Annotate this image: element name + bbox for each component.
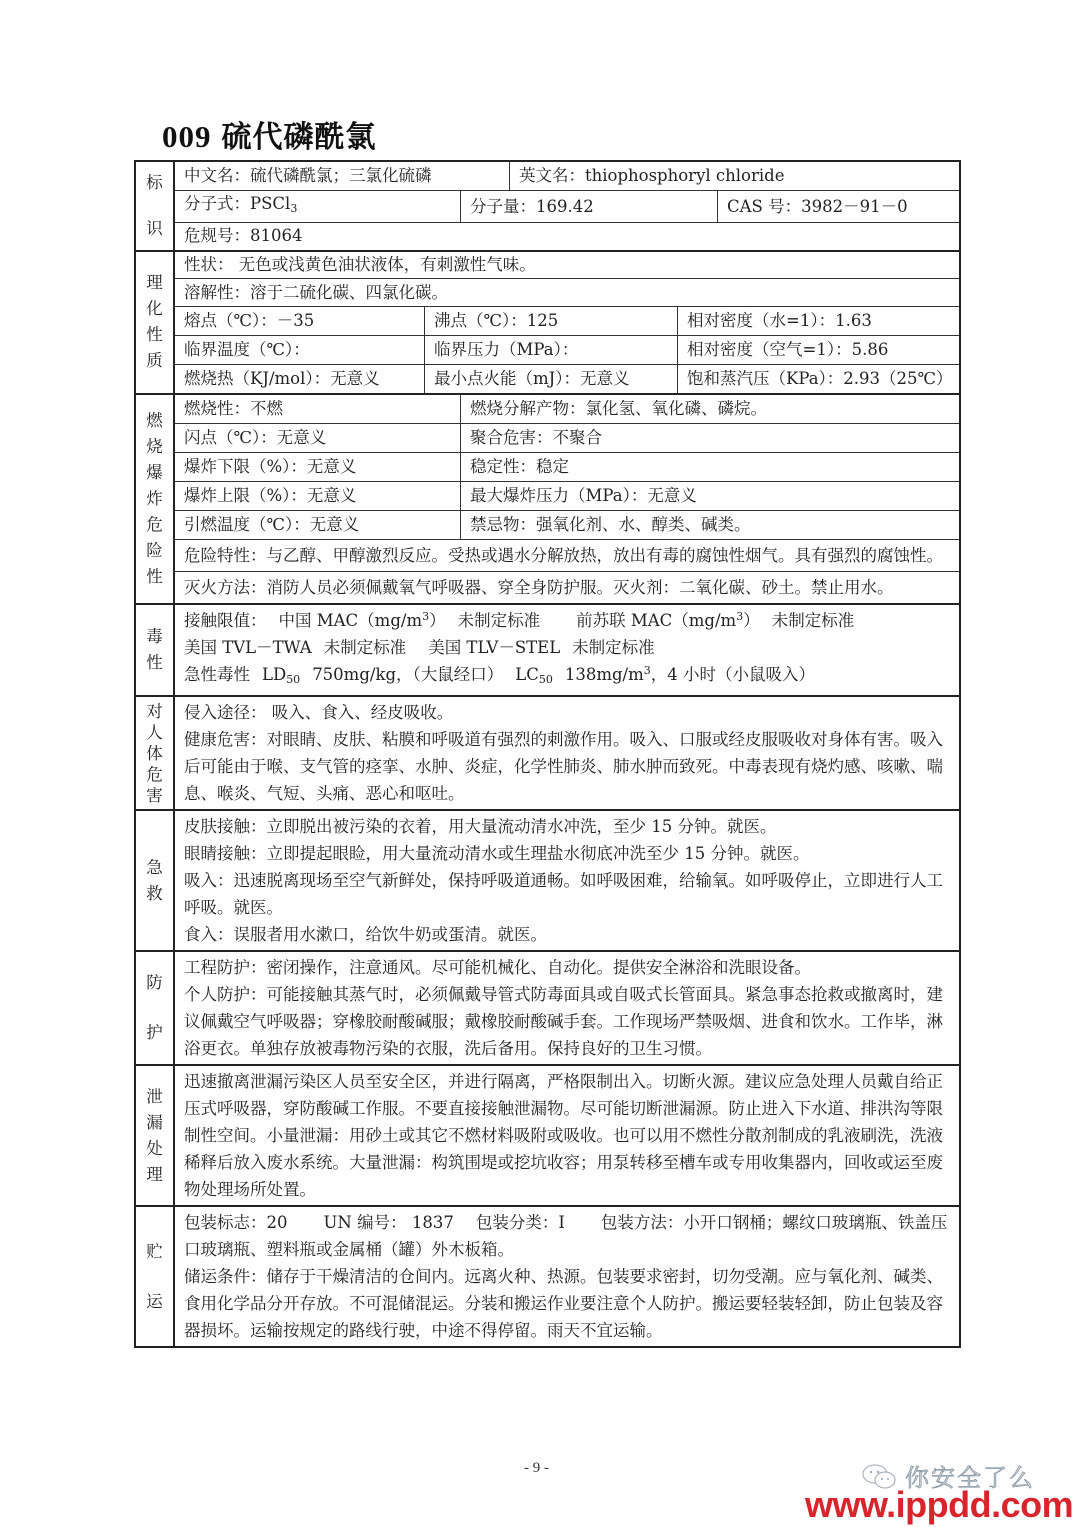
section-label-leak-handling: 泄 漏 处 理: [135, 1065, 174, 1206]
flammability: 燃烧性：不燃: [175, 395, 461, 423]
upper-explosive-limit: 爆炸上限（%）：无意义: [175, 482, 461, 510]
saturated-vapor-pressure: 饱和蒸汽压（KPa）：2.93（25℃）: [678, 365, 960, 393]
melting-point: 熔点（℃）：－35: [175, 307, 425, 335]
incompatible-materials: 禁忌物：强氧化剂、水、醇类、碱类。: [461, 511, 960, 539]
section-label-identification: 标识: [135, 161, 174, 251]
first-aid-content: 皮肤接触：立即脱出被污染的衣着，用大量流动清水冲洗，至少 15 分钟。就医。 眼…: [174, 810, 960, 951]
protection-content: 工程防护：密闭操作，注意通风。尽可能机械化、自动化。提供安全淋浴和洗眼设备。 个…: [174, 951, 960, 1065]
health-hazard-content: 侵入途径： 吸入、食入、经皮吸收。 健康危害：对眼睛、皮肤、粘膜和呼吸道有强烈的…: [174, 696, 960, 810]
heat-of-combustion: 燃烧热（KJ/mol）：无意义: [175, 365, 425, 393]
msds-table: 标识 中文名：硫代磷酰氯；三氯化硫磷 英文名：thiophosphoryl ch…: [134, 160, 961, 1348]
document-number: 009: [162, 119, 212, 154]
toxicity-content: 接触限值：中国 MAC（mg/m3）未制定标准前苏联 MAC（mg/m3）未制定…: [174, 604, 960, 696]
acute-toxicity: 急性毒性LD50750mg/kg，（大鼠经口）LC50138mg/m3，4 小时…: [184, 661, 953, 693]
hazard-code: 危规号：81064: [174, 223, 960, 251]
solubility: 溶解性：溶于二硫化碳、四氯化碳。: [174, 279, 960, 307]
relative-density-air: 相对密度（空气=1）：5.86: [678, 336, 960, 364]
section-label-toxicity: 毒 性: [135, 604, 174, 696]
leak-handling-content: 迅速撤离泄漏污染区人员至安全区，并进行隔离，严格限制出入。切断火源。建议应急处理…: [174, 1065, 960, 1206]
polymerization-hazard: 聚合危害：不聚合: [461, 424, 960, 452]
critical-temperature: 临界温度（℃）：: [175, 336, 425, 364]
relative-density-water: 相对密度（水=1）：1.63: [678, 307, 960, 335]
ingestion: 食入：误服者用水漱口，给饮牛奶或蛋清。就医。: [184, 921, 953, 948]
section-label-first-aid: 急 救: [135, 810, 174, 951]
decomposition-products: 燃烧分解产物：氯化氢、氧化磷、磷烷。: [461, 395, 960, 423]
page-number: - 9 -: [524, 1460, 549, 1477]
english-name: 英文名：thiophosphoryl chloride: [510, 162, 960, 190]
exposure-limits: 接触限值：中国 MAC（mg/m3）未制定标准前苏联 MAC（mg/m3）未制定…: [184, 607, 953, 634]
routes-of-entry: 侵入途径： 吸入、食入、经皮吸收。: [184, 699, 953, 726]
skin-contact: 皮肤接触：立即脱出被污染的衣着，用大量流动清水冲洗，至少 15 分钟。就医。: [184, 813, 953, 840]
stability: 稳定性：稳定: [461, 453, 960, 481]
ignition-temperature: 引燃温度（℃）：无意义: [175, 511, 461, 539]
section-label-fire-explosion: 燃 烧 爆 炸 危 险 性: [135, 394, 174, 604]
storage-transport-content: 包装标志：20UN 编号： 1837包装分类：Ⅰ包装方法：小开口钢桶；螺纹口玻璃…: [174, 1206, 960, 1347]
us-limits: 美国 TVL－TWA未制定标准美国 TLV－STEL未制定标准: [184, 634, 953, 661]
section-label-physical-chemical: 理 化 性 质: [135, 251, 174, 395]
personal-protection: 个人防护：可能接触其蒸气时，必须佩戴导管式防毒面具或自吸式长管面具。紧急事态抢救…: [184, 981, 953, 1062]
appearance: 性状： 无色或浅黄色油状液体，有刺激性气味。: [174, 251, 960, 279]
chinese-name: 中文名：硫代磷酰氯；三氯化硫磷: [175, 162, 510, 190]
hazard-characteristics: 危险特性：与乙醇、甲醇激烈反应。受热或遇水分解放热，放出有毒的腐蚀性烟气。具有强…: [174, 540, 960, 572]
packaging-info: 包装标志：20UN 编号： 1837包装分类：Ⅰ包装方法：小开口钢桶；螺纹口玻璃…: [184, 1209, 953, 1263]
watermark-url: www.ippdd.com: [805, 1484, 1073, 1526]
cas-number: CAS 号：3982－91－0: [718, 191, 960, 222]
eye-contact: 眼睛接触：立即提起眼睑，用大量流动清水或生理盐水彻底冲洗至少 15 分钟。就医。: [184, 840, 953, 867]
max-explosion-pressure: 最大爆炸压力（MPa）：无意义: [461, 482, 960, 510]
min-ignition-energy: 最小点火能（mJ）：无意义: [425, 365, 678, 393]
molecular-formula: 分子式：PSCl3: [175, 191, 461, 222]
engineering-protection: 工程防护：密闭操作，注意通风。尽可能机械化、自动化。提供安全淋浴和洗眼设备。: [184, 954, 953, 981]
critical-pressure: 临界压力（MPa）：: [425, 336, 678, 364]
boiling-point: 沸点（℃）：125: [425, 307, 678, 335]
health-effects: 健康危害：对眼睛、皮肤、粘膜和呼吸道有强烈的刺激作用。吸入、口服或经皮服吸收对身…: [184, 726, 953, 807]
fire-fighting-method: 灭火方法：消防人员必须佩戴氧气呼吸器、穿全身防护服。灭火剂：二氧化碳、砂土。禁止…: [174, 572, 960, 605]
flash-point: 闪点（℃）：无意义: [175, 424, 461, 452]
section-label-protection: 防 护: [135, 951, 174, 1065]
document-title-text: 硫代磷酰氯: [222, 120, 377, 155]
document-title: 009硫代磷酰氯: [162, 112, 377, 156]
lower-explosive-limit: 爆炸下限（%）：无意义: [175, 453, 461, 481]
storage-conditions: 储运条件：储存于干燥清洁的仓间内。远离火种、热源。包装要求密封，切勿受潮。应与氧…: [184, 1263, 953, 1344]
molecular-weight: 分子量：169.42: [461, 191, 718, 222]
inhalation: 吸入：迅速脱离现场至空气新鲜处，保持呼吸道通畅。如呼吸困难，给输氧。如呼吸停止，…: [184, 867, 953, 921]
section-label-storage-transport: 贮 运: [135, 1206, 174, 1347]
section-label-health-hazard: 对 人 体 危 害: [135, 696, 174, 810]
